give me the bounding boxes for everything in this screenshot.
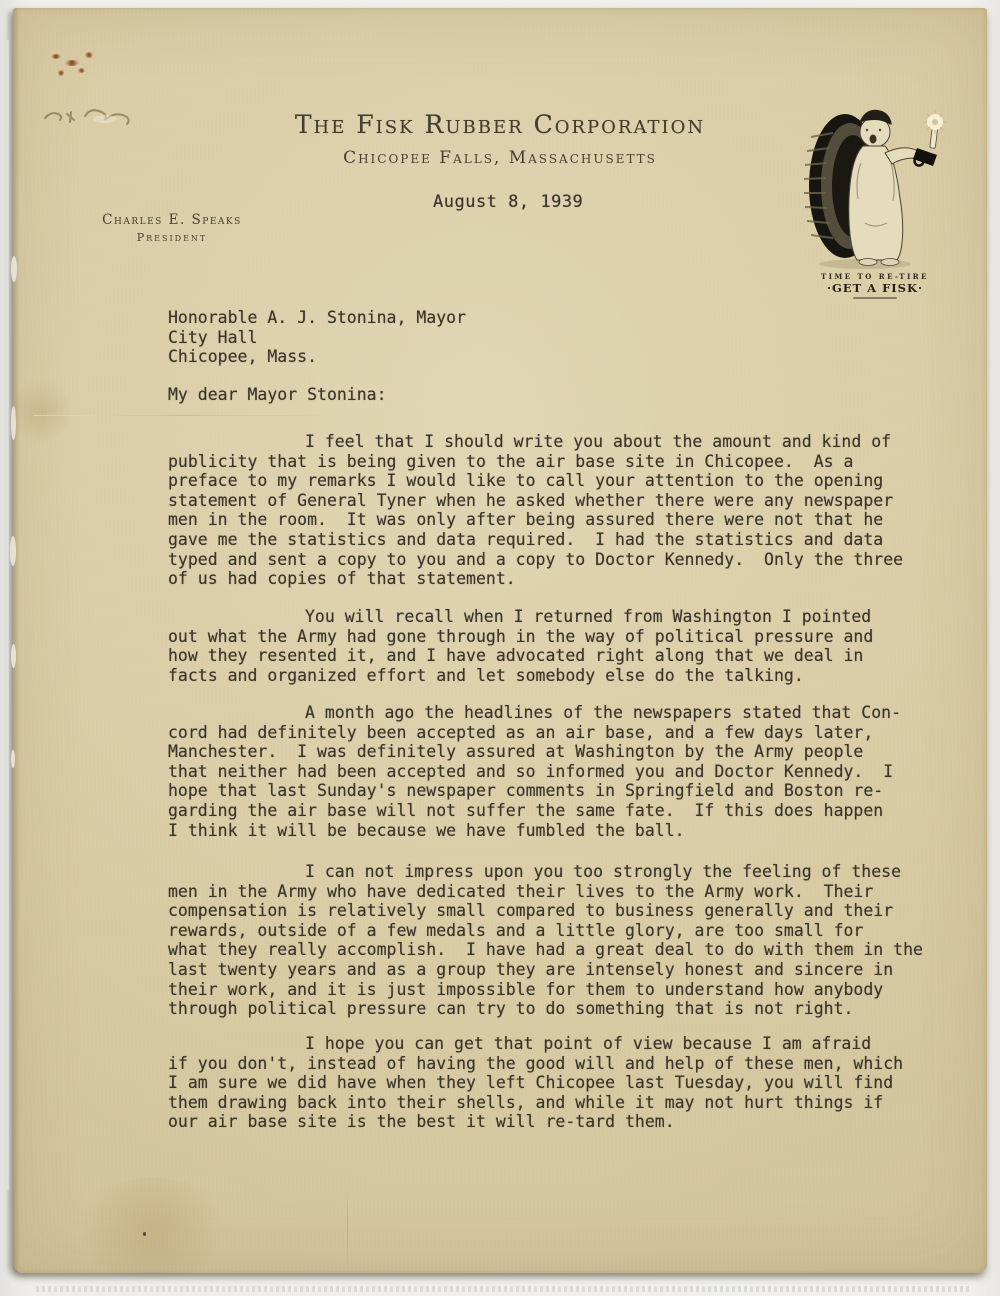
soft-stain — [73, 1178, 233, 1278]
paper-edge-chip — [11, 750, 15, 768]
rust-stain — [51, 54, 61, 59]
paper-edge-chip — [10, 536, 16, 566]
ink-fleck — [143, 1232, 146, 1236]
paper-edge-chip — [11, 256, 17, 282]
logo-tagline-top: TIME TO RE-TIRE — [791, 272, 959, 281]
recipient-line: City Hall — [168, 328, 257, 347]
body-paragraph: I feel that I should write you about the… — [168, 432, 968, 589]
scanner-bottom-texture — [36, 1286, 970, 1292]
recipient-block: Honorable A. J. Stonina, Mayor City Hall… — [168, 308, 968, 367]
body-paragraph: A month ago the headlines of the newspap… — [168, 703, 968, 840]
logo-tagline-bottom: ·GET A FISK· — [791, 281, 959, 295]
recipient-line: Chicopee, Mass. — [168, 347, 317, 366]
officer-title: President — [87, 231, 257, 244]
body-paragraph: I can not impress upon you too strongly … — [168, 862, 968, 1019]
fisk-tire-boy-icon — [793, 103, 958, 271]
officer-block: Charles E. Speaks President — [87, 212, 257, 244]
letter-page: The Fisk Rubber Corporation Chicopee Fal… — [13, 8, 987, 1273]
paper-crease — [347, 1188, 348, 1268]
rust-stain — [58, 70, 64, 76]
rust-stain — [78, 68, 85, 73]
body-paragraph: You will recall when I returned from Was… — [168, 607, 968, 685]
paper-crease — [33, 415, 333, 416]
letter-date: August 8, 1939 — [433, 192, 583, 212]
fisk-logo: TIME TO RE-TIRE ·GET A FISK· — [791, 103, 959, 299]
logo-trademark-line — [853, 297, 897, 299]
paper-edge-chip — [11, 644, 16, 668]
recipient-line: Honorable A. J. Stonina, Mayor — [168, 308, 466, 327]
rust-stain — [85, 52, 93, 58]
salutation: My dear Mayor Stonina: — [168, 385, 968, 405]
paper-left-edge-shadow — [13, 8, 20, 1273]
scanner-edge-streak — [7, 40, 9, 1190]
officer-name: Charles E. Speaks — [87, 212, 257, 228]
rust-stain — [65, 60, 79, 66]
body-paragraph: I hope you can get that point of view be… — [168, 1034, 968, 1132]
soft-stain — [13, 376, 69, 446]
